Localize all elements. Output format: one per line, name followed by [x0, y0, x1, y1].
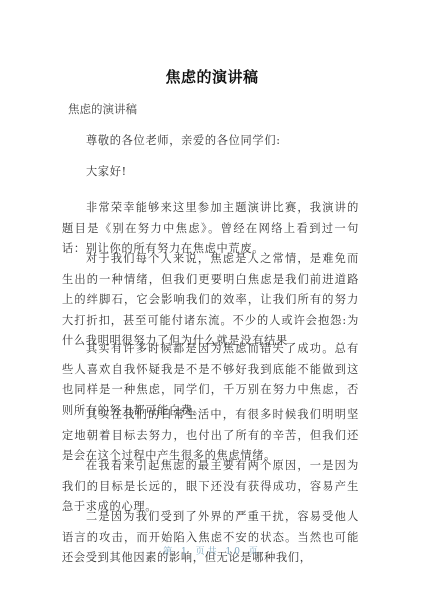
- document-subtitle: 焦虑的演讲稿: [68, 101, 137, 117]
- page-number-footer: 第 1 页共 10 页: [0, 544, 424, 557]
- paragraph-reason-two: 二是因为我们受到了外界的严重干扰，容易受他人语言的攻击，而开始陷入焦虑不安的状态…: [62, 507, 359, 569]
- paragraph-hello: 大家好!: [62, 162, 359, 183]
- paragraph-anxiety-normal: 对于我们每个人来说，焦虑是人之常情，是难免而生出的一种情绪，但我们更要明白焦虑是…: [62, 249, 359, 352]
- document-title: 焦虑的演讲稿: [0, 66, 424, 87]
- paragraph-greeting: 尊敬的各位老师，亲爱的各位同学们:: [62, 131, 359, 152]
